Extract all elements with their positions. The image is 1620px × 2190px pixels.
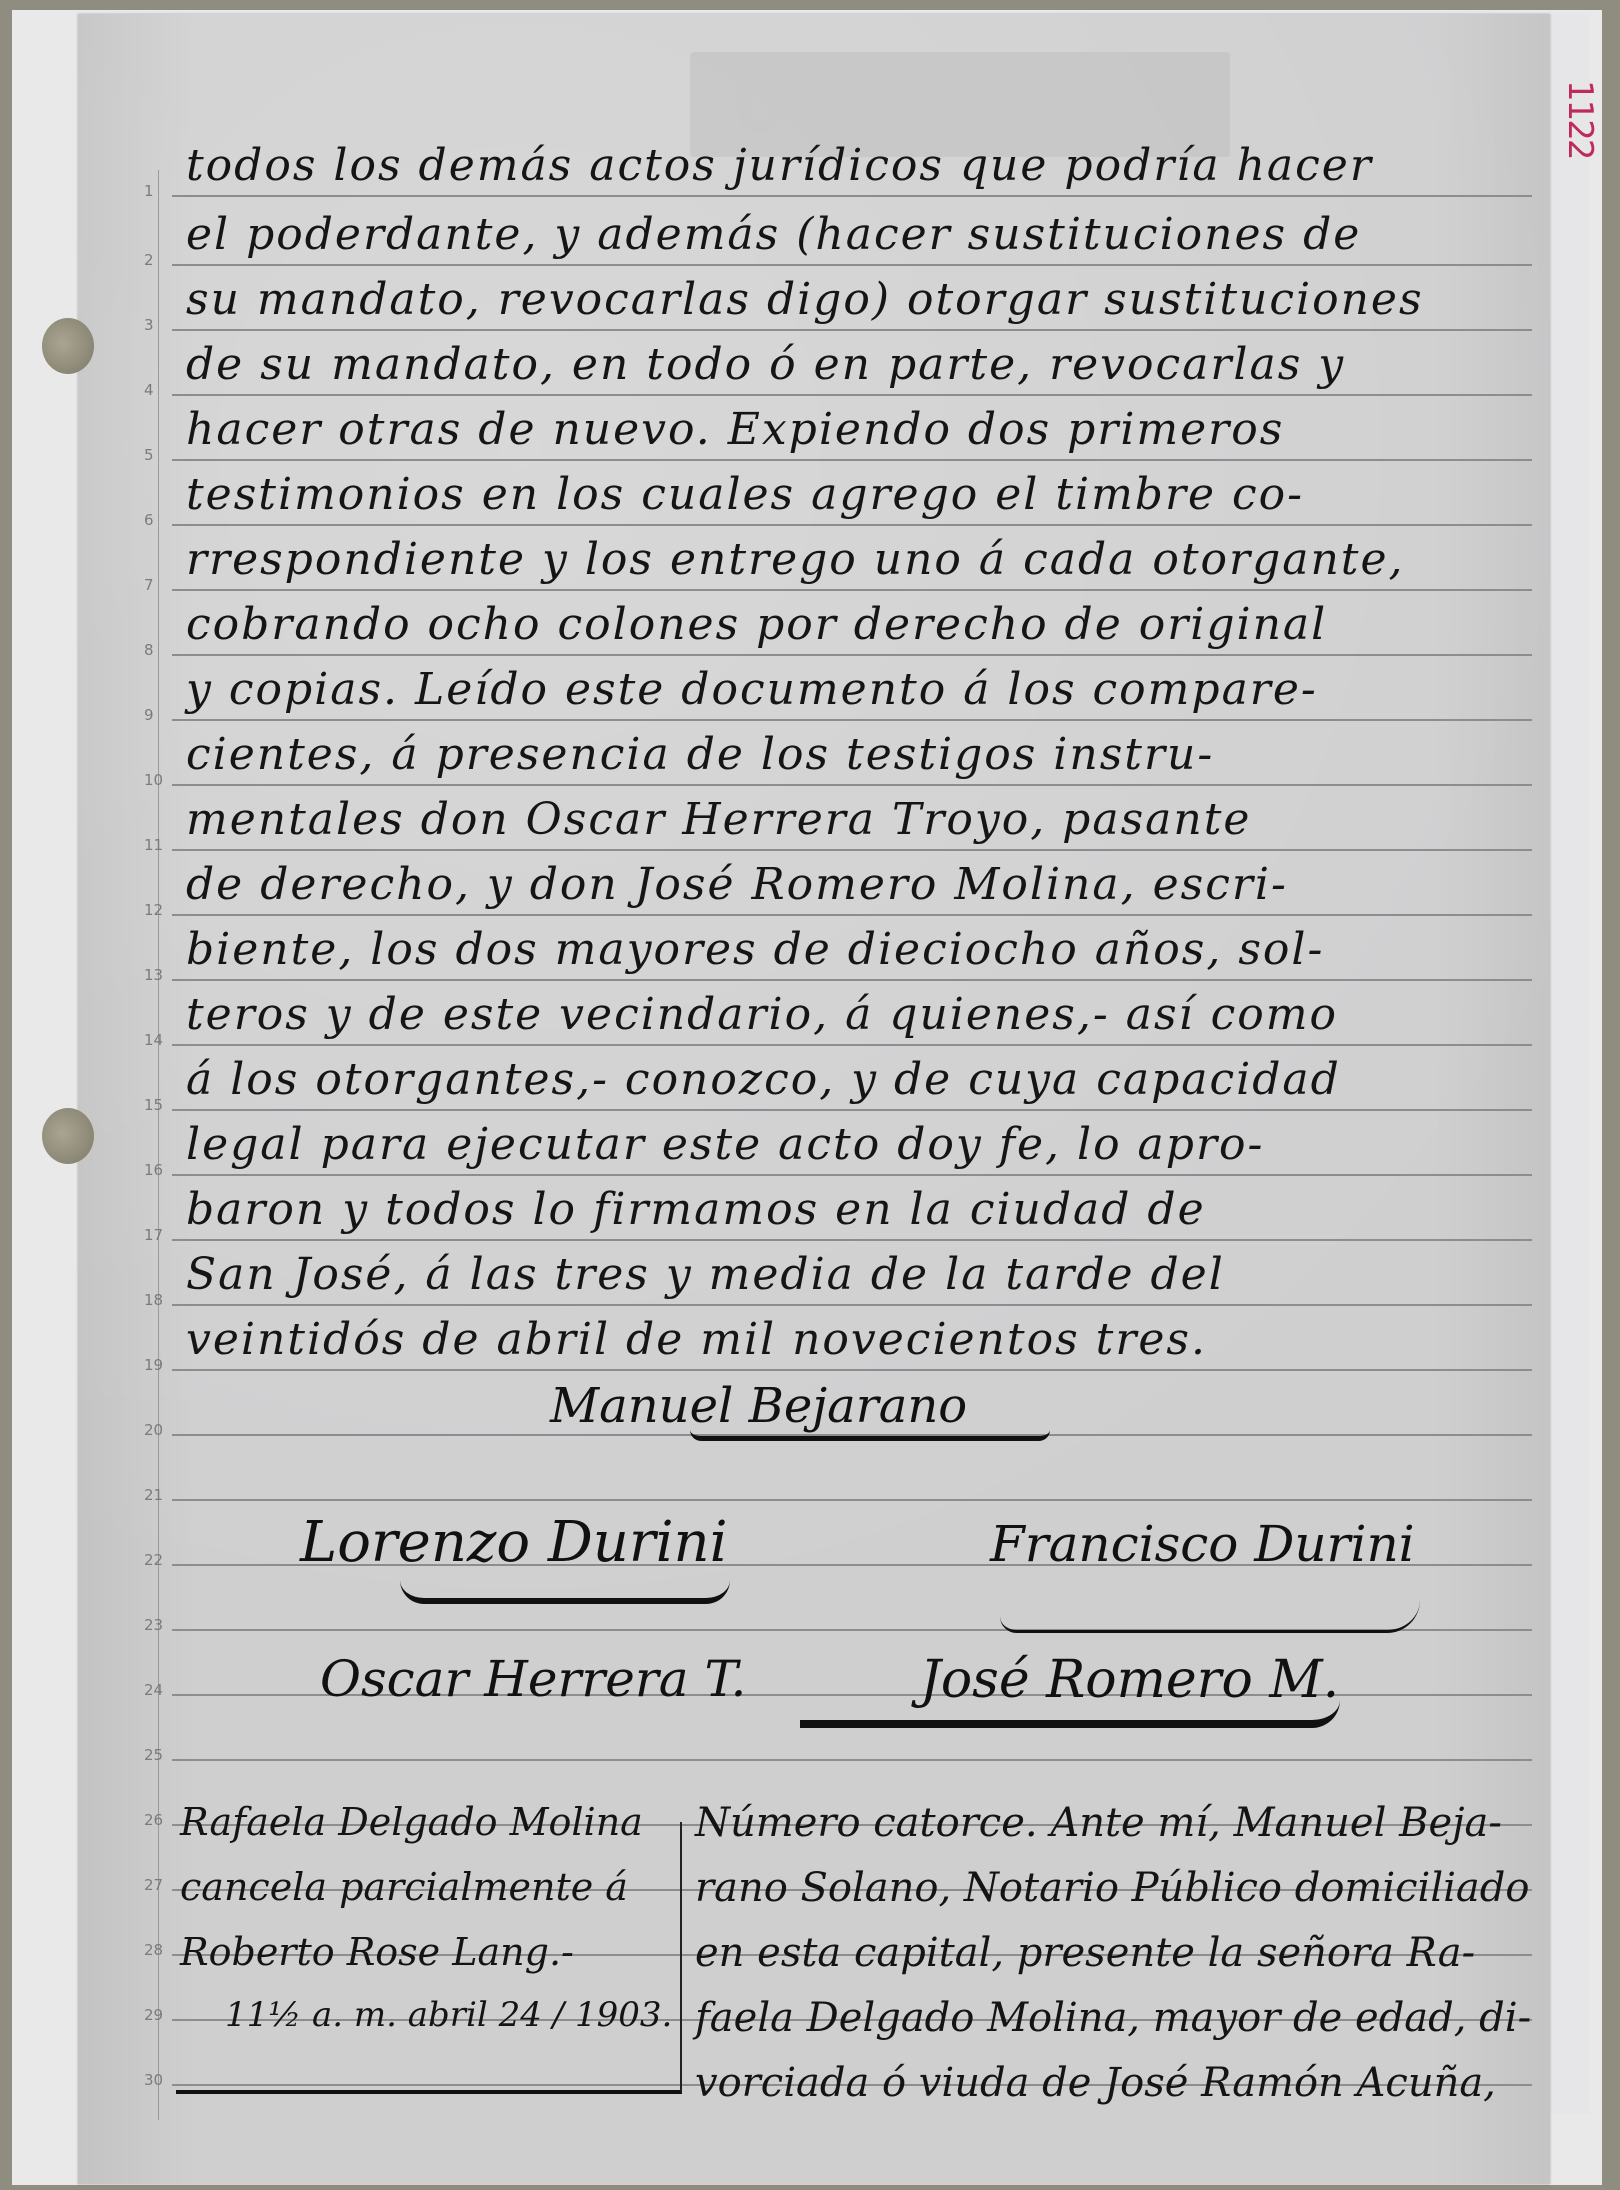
body-line-2: el poderdante, y además (hacer sustituci… bbox=[186, 209, 1526, 260]
signature-lorenzo-durini: Lorenzo Durini bbox=[300, 1510, 728, 1575]
line-number: 20 bbox=[144, 1421, 163, 1439]
punch-hole-bottom bbox=[42, 1108, 94, 1164]
body-line-5: hacer otras de nuevo. Expiendo dos prime… bbox=[186, 404, 1526, 455]
rule-line bbox=[172, 1304, 1532, 1306]
line-number: 12 bbox=[144, 901, 163, 919]
rule-line bbox=[172, 1239, 1532, 1241]
line-number: 10 bbox=[144, 771, 163, 789]
line-number: 30 bbox=[144, 2071, 163, 2089]
body-line-1: todos los demás actos jurídicos que podr… bbox=[186, 140, 1526, 191]
rule-line bbox=[172, 1369, 1532, 1371]
line-number: 11 bbox=[144, 836, 163, 854]
body-line-4: de su mandato, en todo ó en parte, revoc… bbox=[186, 339, 1526, 390]
body-line-18: San José, á las tres y media de la tarde… bbox=[186, 1249, 1526, 1300]
rule-line bbox=[172, 589, 1532, 591]
body-line-10: cientes, á presencia de los testigos ins… bbox=[186, 729, 1526, 780]
line-number: 18 bbox=[144, 1291, 163, 1309]
body-line-9: y copias. Leído este documento á los com… bbox=[186, 664, 1526, 715]
line-number: 2 bbox=[144, 251, 154, 269]
entry-line-5: vorciada ó viuda de José Ramón Acuña, bbox=[695, 2060, 1535, 2106]
rule-line bbox=[172, 195, 1532, 197]
entry-line-1: Número catorce. Ante mí, Manuel Beja- bbox=[695, 1800, 1535, 1846]
rule-line bbox=[172, 719, 1532, 721]
body-line-12: de derecho, y don José Romero Molina, es… bbox=[186, 859, 1526, 910]
body-line-8: cobrando ocho colones por derecho de ori… bbox=[186, 599, 1526, 650]
body-line-14: teros y de este vecindario, á quienes,- … bbox=[186, 989, 1526, 1040]
rule-line bbox=[172, 979, 1532, 981]
rule-line bbox=[172, 1759, 1532, 1761]
entry-line-4: faela Delgado Molina, mayor de edad, di- bbox=[695, 1995, 1535, 2041]
body-line-13: biente, los dos mayores de dieciocho año… bbox=[186, 924, 1526, 975]
line-number: 23 bbox=[144, 1616, 163, 1634]
rule-line bbox=[172, 1044, 1532, 1046]
rule-line bbox=[172, 654, 1532, 656]
punch-hole-top bbox=[42, 318, 94, 374]
body-line-15: á los otorgantes,- conozco, y de cuya ca… bbox=[186, 1054, 1526, 1105]
entry-line-2: rano Solano, Notario Público domiciliado bbox=[695, 1865, 1535, 1911]
line-number: 24 bbox=[144, 1681, 163, 1699]
entry-line-3: en esta capital, presente la señora Ra- bbox=[695, 1930, 1535, 1976]
line-number: 4 bbox=[144, 381, 154, 399]
rule-line bbox=[172, 914, 1532, 916]
line-number: 29 bbox=[144, 2006, 163, 2024]
line-number: 14 bbox=[144, 1031, 163, 1049]
line-number: 27 bbox=[144, 1876, 163, 1894]
body-line-16: legal para ejecutar este acto doy fe, lo… bbox=[186, 1119, 1526, 1170]
marginal-note-line-2: cancela parcialmente á bbox=[180, 1865, 680, 1909]
line-number: 22 bbox=[144, 1551, 163, 1569]
marginal-note-timestamp: 11½ a. m. abril 24 / 1903. bbox=[225, 1995, 725, 2035]
marginal-note-line-3: Roberto Rose Lang.- bbox=[180, 1930, 680, 1974]
rule-line bbox=[172, 394, 1532, 396]
line-number: 3 bbox=[144, 316, 154, 334]
line-number: 16 bbox=[144, 1161, 163, 1179]
line-number: 8 bbox=[144, 641, 154, 659]
rule-line bbox=[172, 524, 1532, 526]
line-number: 13 bbox=[144, 966, 163, 984]
line-number: 21 bbox=[144, 1486, 163, 1504]
rule-line bbox=[172, 1499, 1532, 1501]
rule-line bbox=[172, 1109, 1532, 1111]
line-number: 5 bbox=[144, 446, 154, 464]
body-line-19: veintidós de abril de mil novecientos tr… bbox=[186, 1314, 1526, 1365]
line-number: 17 bbox=[144, 1226, 163, 1244]
folio-number: 1122 bbox=[1560, 80, 1600, 159]
rule-line bbox=[172, 459, 1532, 461]
stamp-number-left: 50 bbox=[730, 60, 841, 146]
line-number: 15 bbox=[144, 1096, 163, 1114]
body-line-7: rrespondiente y los entrego uno á cada o… bbox=[186, 534, 1526, 585]
marginal-note-line-1: Rafaela Delgado Molina bbox=[180, 1800, 680, 1844]
body-line-11: mentales don Oscar Herrera Troyo, pasant… bbox=[186, 794, 1526, 845]
rule-line bbox=[172, 329, 1532, 331]
signature-flourish bbox=[690, 1430, 1050, 1441]
body-line-3: su mandato, revocarlas digo) otorgar sus… bbox=[186, 274, 1526, 325]
signature-flourish bbox=[400, 1580, 730, 1604]
body-line-6: testimonios en los cuales agrego el timb… bbox=[186, 469, 1526, 520]
line-number: 26 bbox=[144, 1811, 163, 1829]
line-number: 19 bbox=[144, 1356, 163, 1374]
signature-oscar-herrera: Oscar Herrera T. bbox=[320, 1650, 746, 1708]
rule-line bbox=[172, 1174, 1532, 1176]
rule-line bbox=[172, 849, 1532, 851]
body-line-17: baron y todos lo firmamos en la ciudad d… bbox=[186, 1184, 1526, 1235]
line-number: 9 bbox=[144, 706, 154, 724]
rule-line bbox=[172, 784, 1532, 786]
signature-notary: Manuel Bejarano bbox=[550, 1378, 967, 1434]
signature-flourish bbox=[1000, 1600, 1420, 1633]
signature-francisco-durini: Francisco Durini bbox=[990, 1515, 1415, 1573]
rule-line bbox=[172, 264, 1532, 266]
line-number: 6 bbox=[144, 511, 154, 529]
line-number: 1 bbox=[144, 182, 154, 200]
stamp-number-right: 50 bbox=[1100, 60, 1211, 146]
signature-flourish bbox=[800, 1700, 1340, 1728]
line-number: 28 bbox=[144, 1941, 163, 1959]
line-number: 7 bbox=[144, 576, 154, 594]
line-number: 25 bbox=[144, 1746, 163, 1764]
